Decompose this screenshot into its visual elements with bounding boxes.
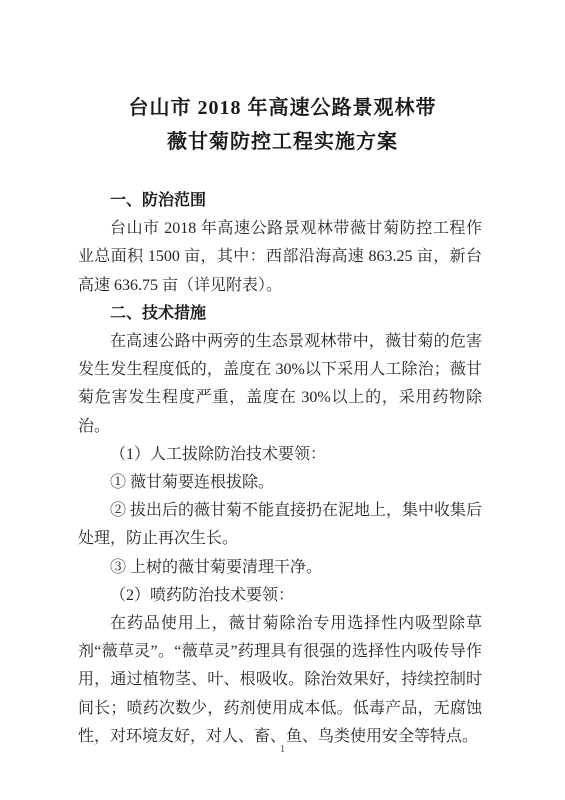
document-title-line2: 薇甘菊防控工程实施方案 (0, 125, 565, 159)
paragraph-spray-title: （2）喷药防治技术要领： (78, 582, 482, 610)
paragraph-measures-intro: 在高速公路中两旁的生态景观林带中，薇甘菊的危害发生发生程度低的，盖度在 30%以… (78, 328, 482, 441)
document-body: 一、防治范围 台山市 2018 年高速公路景观林带薇甘菊防控工程作业总面积 15… (78, 187, 482, 751)
list-item-1: ① 薇甘菊要连根拔除。 (78, 469, 482, 497)
document-title: 台山市 2018 年高速公路景观林带 薇甘菊防控工程实施方案 (0, 0, 565, 159)
section-heading-scope: 一、防治范围 (78, 187, 482, 215)
list-item-2: ② 拔出后的薇甘菊不能直接扔在泥地上，集中收集后处理，防止再次生长。 (78, 497, 482, 553)
paragraph-spray-details: 在药品使用上，薇甘菊除治专用选择性内吸型除草剂“薇草灵”。“薇草灵”药理具有很强… (78, 610, 482, 751)
list-item-3: ③ 上树的薇甘菊要清理干净。 (78, 554, 482, 582)
section-heading-measures: 二、技术措施 (78, 300, 482, 328)
paragraph-scope: 台山市 2018 年高速公路景观林带薇甘菊防控工程作业总面积 1500 亩，其中… (78, 215, 482, 300)
document-title-line1: 台山市 2018 年高速公路景观林带 (0, 91, 565, 125)
paragraph-manual-removal-title: （1）人工拔除防治技术要领： (78, 441, 482, 469)
document-page: 台山市 2018 年高速公路景观林带 薇甘菊防控工程实施方案 一、防治范围 台山… (0, 0, 565, 800)
page-number: 1 (0, 743, 565, 755)
